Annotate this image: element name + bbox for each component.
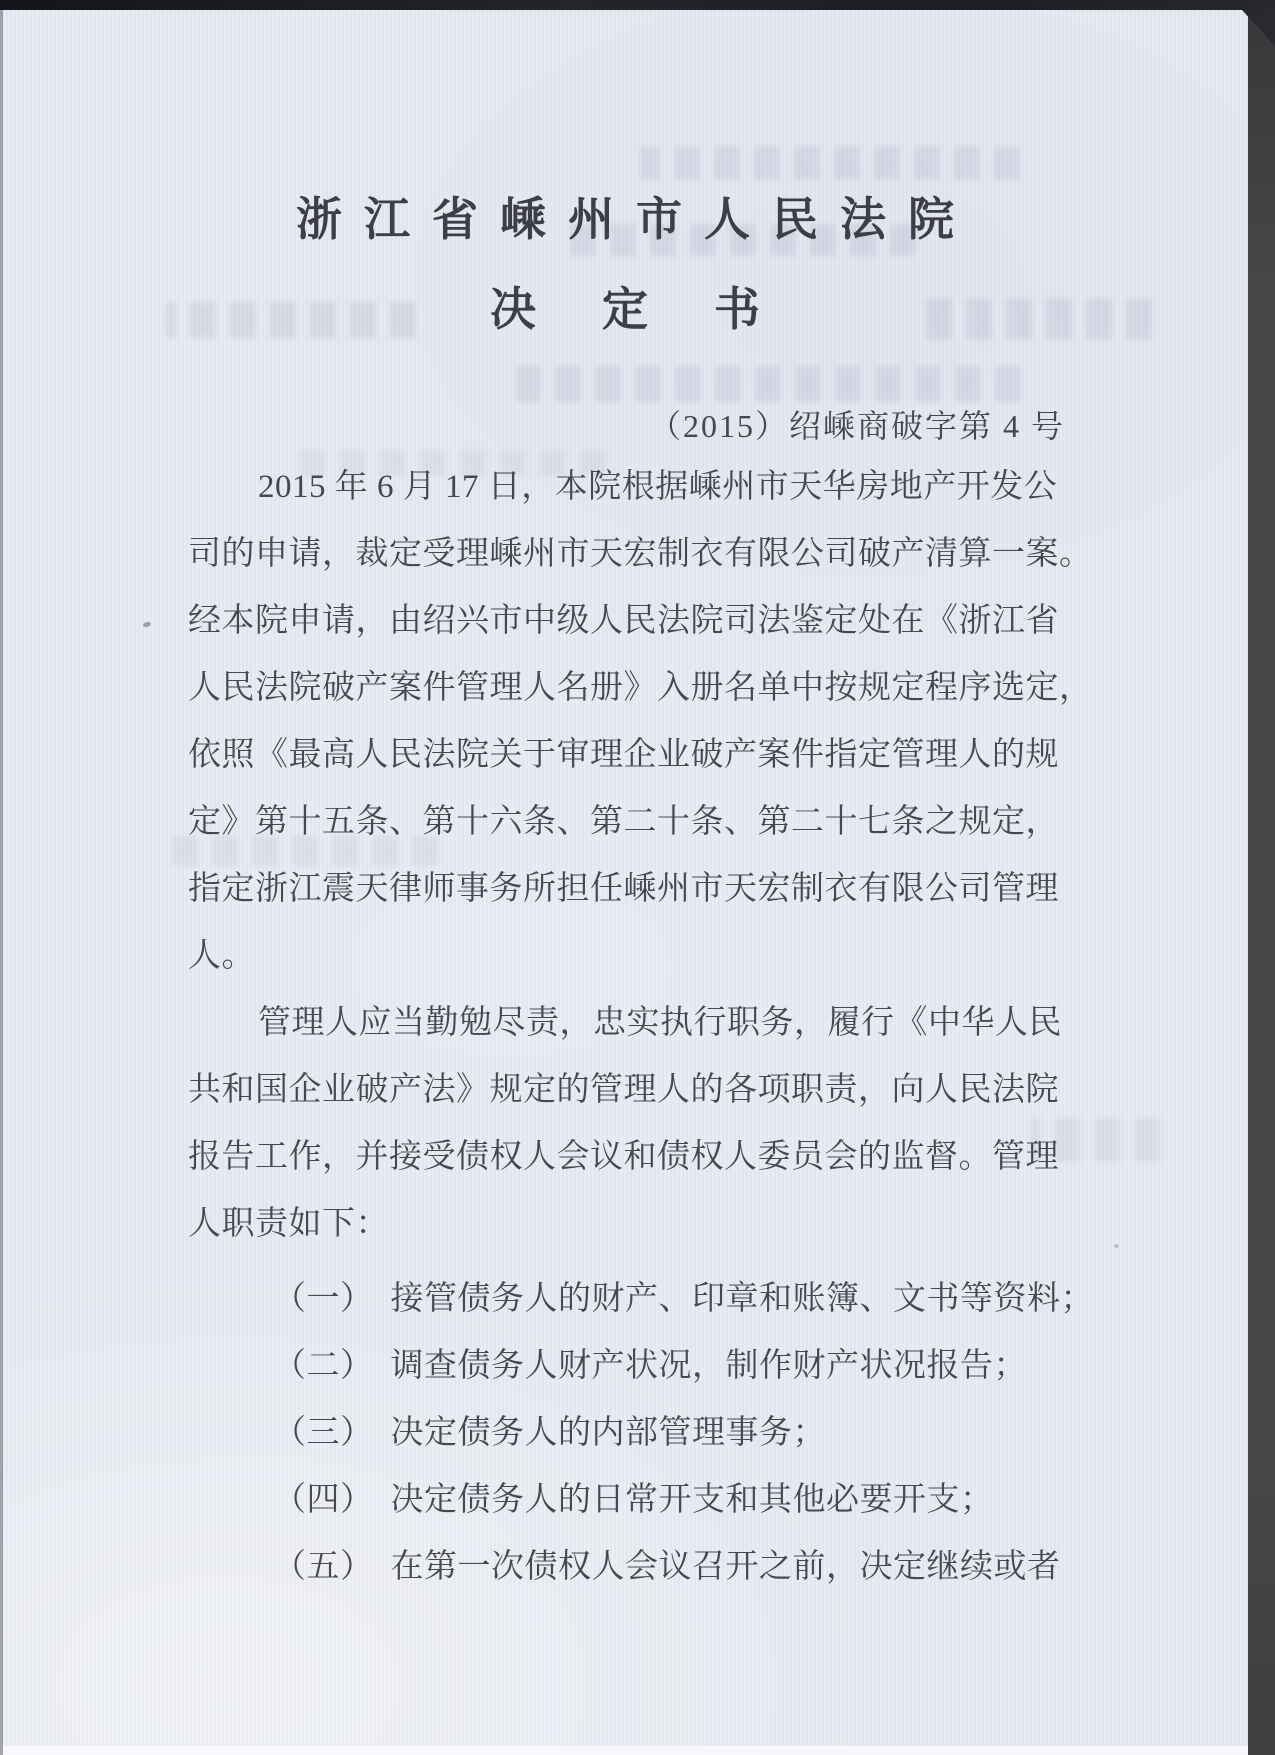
text-line: 人职责如下： bbox=[188, 1191, 1072, 1258]
text-line: 依照《最高人民法院关于审理企业破产案件指定管理人的规 bbox=[188, 722, 1072, 789]
court-name: 浙江省嵊州市人民法院 bbox=[0, 192, 1250, 248]
text-line: 定》第十五条、第十六条、第二十条、第二十七条之规定， bbox=[188, 789, 1072, 856]
body-text: 2015 年 6 月 17 日，本院根据嵊州市天华房地产开发公 司的申请，裁定受… bbox=[188, 454, 1072, 1601]
text-line: 共和国企业破产法》规定的管理人的各项职责，向人民法院 bbox=[188, 1057, 1072, 1124]
text-line: 司的申请，裁定受理嵊州市天宏制衣有限公司破产清算一案。 bbox=[188, 521, 1072, 588]
document-title: 决定书 bbox=[0, 282, 1250, 338]
scan-edge-bottom bbox=[2, 1746, 1248, 1755]
list-item: （五） 在第一次债权人会议召开之前，决定继续或者 bbox=[188, 1534, 1072, 1601]
scan-edge-left bbox=[0, 10, 3, 1755]
text-line: 管理人应当勤勉尽责，忠实执行职务，履行《中华人民 bbox=[188, 990, 1072, 1057]
list-item: （二） 调查债务人财产状况，制作财产状况报告； bbox=[188, 1333, 1072, 1400]
text-line: 人。 bbox=[188, 923, 1072, 990]
text-line: 经本院申请，由绍兴市中级人民法院司法鉴定处在《浙江省 bbox=[188, 588, 1072, 655]
list-item: （四） 决定债务人的日常开支和其他必要开支； bbox=[188, 1467, 1072, 1534]
text-line: 人民法院破产案件管理人名册》入册名单中按规定程序选定， bbox=[188, 655, 1072, 722]
text-line: 指定浙江震天律师事务所担任嵊州市天宏制衣有限公司管理 bbox=[188, 856, 1072, 923]
scan-border-top bbox=[0, 0, 1275, 10]
scanned-page: 浙江省嵊州市人民法院 决定书 （2015）绍嵊商破字第 4 号 2015 年 6… bbox=[0, 0, 1275, 1755]
text-line: 报告工作，并接受债权人会议和债权人委员会的监督。管理 bbox=[188, 1124, 1072, 1191]
list-item: （一） 接管债务人的财产、印章和账簿、文书等资料； bbox=[188, 1266, 1072, 1333]
document-text-layer: 浙江省嵊州市人民法院 决定书 （2015）绍嵊商破字第 4 号 2015 年 6… bbox=[0, 0, 1275, 1755]
scan-border-right bbox=[1248, 0, 1275, 1755]
text-line: 2015 年 6 月 17 日，本院根据嵊州市天华房地产开发公 bbox=[188, 454, 1072, 521]
duties-list: （一） 接管债务人的财产、印章和账簿、文书等资料； （二） 调查债务人财产状况，… bbox=[188, 1266, 1072, 1601]
case-number: （2015）绍嵊商破字第 4 号 bbox=[0, 402, 1250, 450]
list-item: （三） 决定债务人的内部管理事务； bbox=[188, 1400, 1072, 1467]
